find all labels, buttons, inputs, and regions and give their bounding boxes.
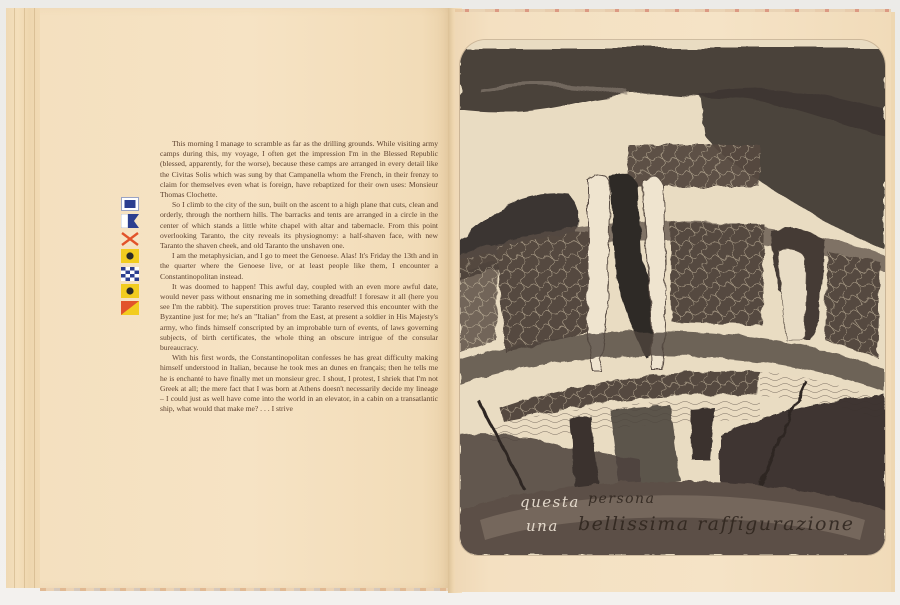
flag-swallowtail-alpha-icon <box>121 214 139 228</box>
signal-flags <box>121 197 141 319</box>
flag-yellow-black-ball-icon <box>121 249 139 263</box>
flag-red-saltire-icon <box>121 232 139 246</box>
paragraph: It was doomed to happen! This awful day,… <box>160 282 438 353</box>
paragraph: With his first words, the Constantinopol… <box>160 353 438 414</box>
flag-blue-white-checker-icon <box>121 267 139 281</box>
flag-yellow-black-ball-icon <box>121 284 139 298</box>
page-bottom-edge <box>40 588 455 591</box>
paragraph: This morning I manage to scramble as far… <box>160 139 438 200</box>
paragraph: I am the metaphysician, and I go to meet… <box>160 251 438 282</box>
flag-diagonal-red-yellow-icon <box>121 301 139 315</box>
paragraph: So I climb to the city of the sun, built… <box>160 200 438 251</box>
lithograph-illustration <box>460 40 885 555</box>
page-top-edge <box>455 9 891 12</box>
flag-blue-square-icon <box>121 197 139 211</box>
lithograph-plate: questa persona una bellissima raffiguraz… <box>460 40 885 555</box>
body-text: This morning I manage to scramble as far… <box>160 139 438 414</box>
open-book: This morning I manage to scramble as far… <box>0 0 900 605</box>
